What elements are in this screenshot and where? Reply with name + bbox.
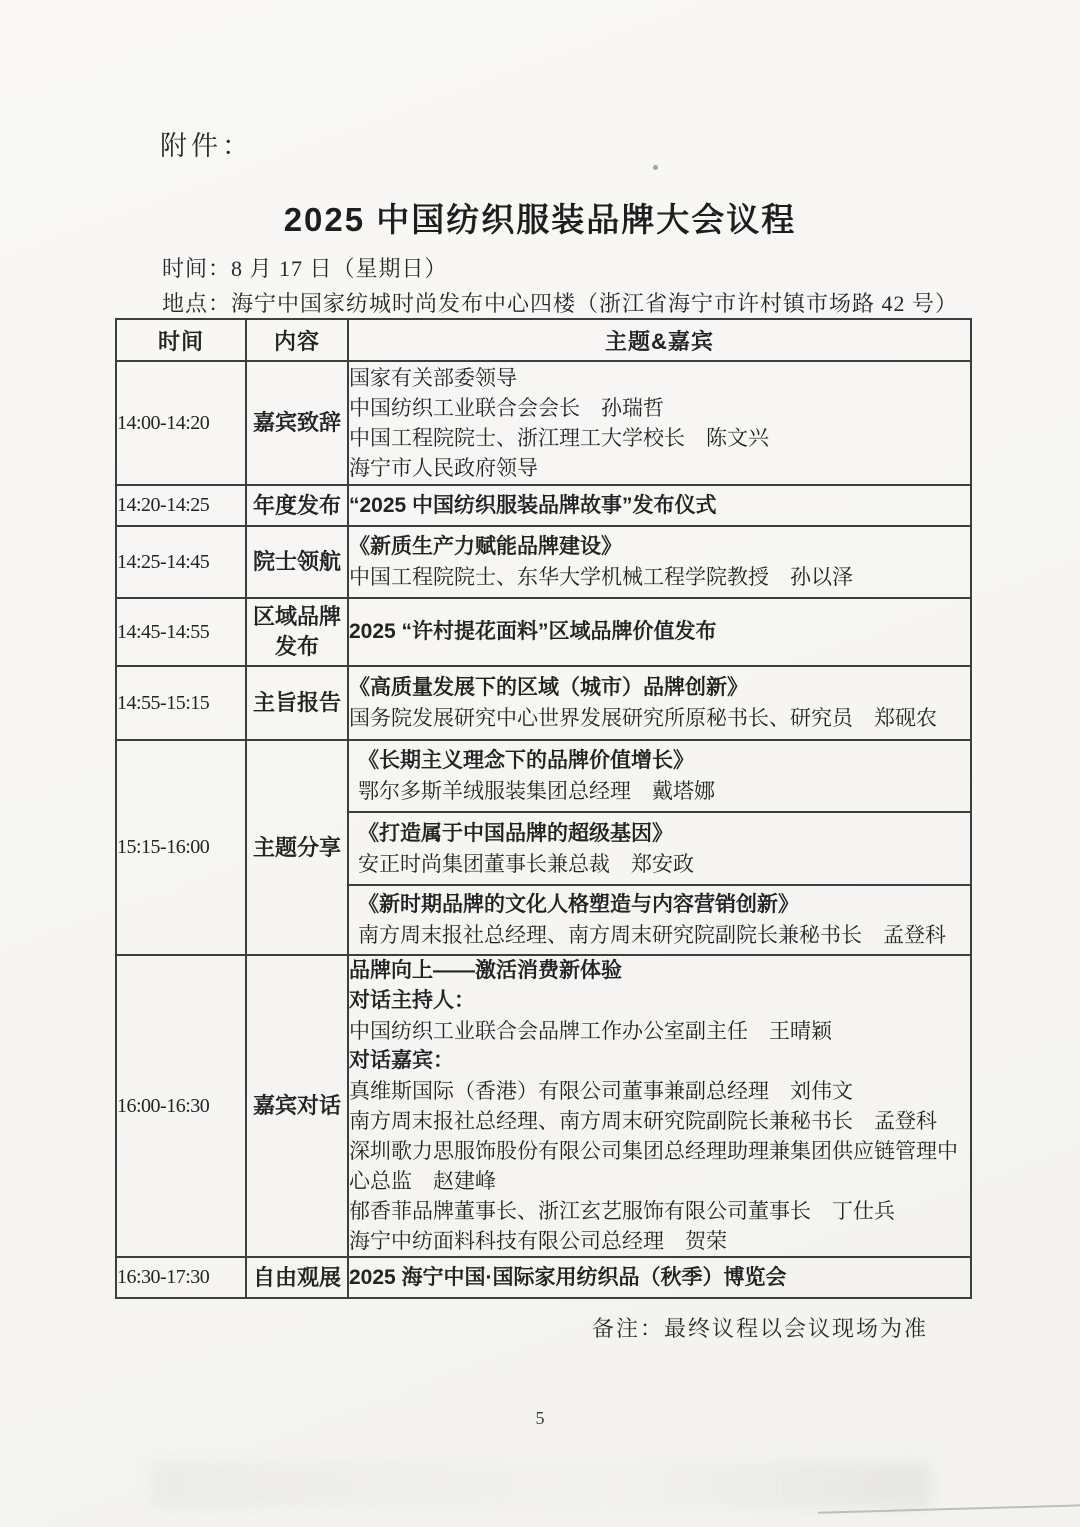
dialogue-guest-line: 郁香菲品牌董事长、浙江玄艺服饰有限公司董事长 丁仕兵: [349, 1196, 970, 1226]
topic-speaker-line: 南方周末报社总经理、南方周末研究院副院长兼秘书长 孟登科: [358, 920, 964, 950]
topic-line: 中国工程院院士、浙江理工大学校长 陈文兴: [349, 423, 970, 453]
dialogue-theme-line: 品牌向上——激活消费新体验: [349, 956, 970, 986]
time-cell: 14:20-14:25: [116, 485, 246, 526]
topic-line: 海宁市人民政府领导: [349, 453, 970, 483]
page-number: 5: [0, 1408, 1080, 1429]
table-row: 14:45-14:55 区域品牌发布 2025 “许村提花面料”区域品牌价值发布: [116, 598, 971, 666]
column-header-time: 时间: [116, 319, 246, 361]
dialogue-guest-line: 深圳歌力思服饰股份有限公司集团总经理助理兼集团供应链管理中心总监 赵建峰: [349, 1136, 970, 1196]
table-row: 14:20-14:25 年度发布 “2025 中国纺织服装品牌故事”发布仪式: [116, 485, 971, 526]
scanned-agenda-page: { "page": { "attachment_label": "附件：", "…: [0, 0, 1080, 1527]
table-row: 15:15-16:00 主题分享 《长期主义理念下的品牌价值增长》 鄂尔多斯羊绒…: [116, 740, 971, 955]
column-header-topic: 主题&嘉宾: [348, 319, 971, 361]
topic-speaker-line: 国务院发展研究中心世界发展研究所原秘书长、研究员 郑砚农: [349, 703, 970, 733]
topic-subcell: 《长期主义理念下的品牌价值增长》 鄂尔多斯羊绒服装集团总经理 戴塔娜: [349, 741, 970, 811]
content-cell: 嘉宾对话: [246, 955, 348, 1257]
topic-title-line: 《高质量发展下的区域（城市）品牌创新》: [349, 673, 970, 703]
table-row: 14:55-15:15 主旨报告 《高质量发展下的区域（城市）品牌创新》 国务院…: [116, 666, 971, 740]
dialogue-guests-label: 对话嘉宾：: [349, 1046, 970, 1076]
time-cell: 14:55-15:15: [116, 666, 246, 740]
topic-line: 国家有关部委领导: [349, 363, 970, 393]
time-cell: 14:25-14:45: [116, 526, 246, 598]
content-cell: 嘉宾致辞: [246, 361, 348, 485]
agenda-table: 时间 内容 主题&嘉宾 14:00-14:20 嘉宾致辞 国家有关部委领导 中国…: [115, 318, 972, 1299]
table-row: 16:00-16:30 嘉宾对话 品牌向上——激活消费新体验 对话主持人： 中国…: [116, 955, 971, 1257]
topic-cell: 《长期主义理念下的品牌价值增长》 鄂尔多斯羊绒服装集团总经理 戴塔娜 《打造属于…: [348, 740, 971, 955]
table-row: 14:25-14:45 院士领航 《新质生产力赋能品牌建设》 中国工程院院士、东…: [116, 526, 971, 598]
time-cell: 15:15-16:00: [116, 740, 246, 955]
table-row: 16:30-17:30 自由观展 2025 海宁中国·国际家用纺织品（秋季）博览…: [116, 1257, 971, 1298]
content-cell: 自由观展: [246, 1257, 348, 1298]
topic-cell: 《高质量发展下的区域（城市）品牌创新》 国务院发展研究中心世界发展研究所原秘书长…: [348, 666, 971, 740]
topic-subcell: 《打造属于中国品牌的超级基因》 安正时尚集团董事长兼总裁 郑安政: [349, 811, 970, 884]
footnote: 备注：最终议程以会议现场为准: [115, 1312, 970, 1343]
topic-title-line: 《长期主义理念下的品牌价值增长》: [358, 746, 964, 776]
topic-line: 2025 海宁中国·国际家用纺织品（秋季）博览会: [349, 1263, 970, 1293]
topic-speaker-line: 中国工程院院士、东华大学机械工程学院教授 孙以泽: [349, 562, 970, 592]
topic-cell: 品牌向上——激活消费新体验 对话主持人： 中国纺织工业联合会品牌工作办公室副主任…: [348, 955, 971, 1257]
meta-time-line: 时间：8 月 17 日（星期日）: [162, 252, 448, 283]
content-cell: 主题分享: [246, 740, 348, 955]
topic-cell: 《新质生产力赋能品牌建设》 中国工程院院士、东华大学机械工程学院教授 孙以泽: [348, 526, 971, 598]
dialogue-host-label: 对话主持人：: [349, 986, 970, 1016]
topic-cell: 2025 海宁中国·国际家用纺织品（秋季）博览会: [348, 1257, 971, 1298]
topic-title-line: 《新质生产力赋能品牌建设》: [349, 532, 970, 562]
content-cell: 院士领航: [246, 526, 348, 598]
topic-cell: “2025 中国纺织服装品牌故事”发布仪式: [348, 485, 971, 526]
column-header-content: 内容: [246, 319, 348, 361]
topic-line: “2025 中国纺织服装品牌故事”发布仪式: [349, 491, 970, 521]
topic-line: 2025 “许村提花面料”区域品牌价值发布: [349, 617, 970, 647]
topic-title-line: 《新时期品牌的文化人格塑造与内容营销创新》: [358, 890, 964, 920]
scan-smudge-artifact: [150, 1462, 930, 1508]
time-cell: 16:30-17:30: [116, 1257, 246, 1298]
dialogue-guest-line: 真维斯国际（香港）有限公司董事兼副总经理 刘伟文: [349, 1076, 970, 1106]
scan-dot-artifact: [653, 165, 658, 170]
topic-speaker-line: 鄂尔多斯羊绒服装集团总经理 戴塔娜: [358, 776, 964, 806]
topic-title-line: 《打造属于中国品牌的超级基因》: [358, 819, 964, 849]
content-cell: 主旨报告: [246, 666, 348, 740]
attachment-label: 附件：: [160, 124, 253, 163]
meta-location-line: 地点：海宁中国家纺城时尚发布中心四楼（浙江省海宁市许村镇市场路 42 号）: [162, 287, 958, 318]
time-cell: 14:00-14:20: [116, 361, 246, 485]
content-cell: 年度发布: [246, 485, 348, 526]
topic-cell: 2025 “许村提花面料”区域品牌价值发布: [348, 598, 971, 666]
topic-speaker-line: 安正时尚集团董事长兼总裁 郑安政: [358, 849, 964, 879]
table-row: 14:00-14:20 嘉宾致辞 国家有关部委领导 中国纺织工业联合会会长 孙瑞…: [116, 361, 971, 485]
table-header-row: 时间 内容 主题&嘉宾: [116, 319, 971, 361]
dialogue-host-line: 中国纺织工业联合会品牌工作办公室副主任 王晴颖: [349, 1016, 970, 1046]
time-cell: 16:00-16:30: [116, 955, 246, 1257]
topic-subcell: 《新时期品牌的文化人格塑造与内容营销创新》 南方周末报社总经理、南方周末研究院副…: [349, 884, 970, 954]
topic-cell: 国家有关部委领导 中国纺织工业联合会会长 孙瑞哲 中国工程院院士、浙江理工大学校…: [348, 361, 971, 485]
content-cell: 区域品牌发布: [246, 598, 348, 666]
page-title: 2025 中国纺织服装品牌大会议程: [0, 194, 1080, 241]
dialogue-guest-line: 南方周末报社总经理、南方周末研究院副院长兼秘书长 孟登科: [349, 1106, 970, 1136]
topic-line: 中国纺织工业联合会会长 孙瑞哲: [349, 393, 970, 423]
time-cell: 14:45-14:55: [116, 598, 246, 666]
dialogue-guest-line: 海宁中纺面料科技有限公司总经理 贺荣: [349, 1226, 970, 1256]
